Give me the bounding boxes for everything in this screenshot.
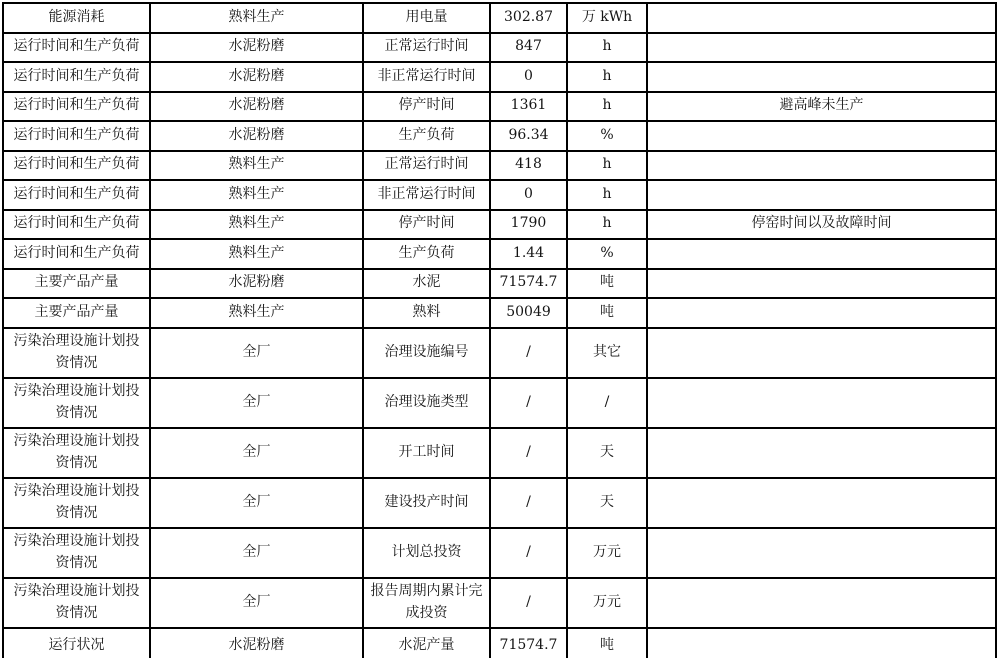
table-row: 污染治理设施计划投资情况 全厂 报告周期内累计完成投资 / 万元 xyxy=(3,578,996,628)
cell-item: 用电量 xyxy=(363,3,490,33)
table-row: 能源消耗 熟料生产 用电量 302.87 万 kWh xyxy=(3,3,996,33)
cell-value: / xyxy=(490,378,567,428)
cell-remark xyxy=(647,328,996,378)
cell-process: 水泥粉磨 xyxy=(150,33,363,63)
table-row: 污染治理设施计划投资情况 全厂 治理设施编号 / 其它 xyxy=(3,328,996,378)
cell-value: 96.34 xyxy=(490,121,567,151)
cell-value: 1.44 xyxy=(490,239,567,269)
table-row: 运行时间和生产负荷 水泥粉磨 正常运行时间 847 h xyxy=(3,33,996,63)
cell-remark xyxy=(647,628,996,658)
cell-value: 847 xyxy=(490,33,567,63)
cell-remark xyxy=(647,478,996,528)
cell-remark: 停窑时间以及故障时间 xyxy=(647,210,996,240)
cell-value: / xyxy=(490,578,567,628)
cell-category: 主要产品产量 xyxy=(3,269,150,299)
cell-unit: 万 kWh xyxy=(567,3,647,33)
cell-category: 运行时间和生产负荷 xyxy=(3,180,150,210)
cell-item: 停产时间 xyxy=(363,92,490,122)
table-row: 运行状况 水泥粉磨 水泥产量 71574.7 吨 xyxy=(3,628,996,658)
cell-unit: 万元 xyxy=(567,578,647,628)
cell-unit: h xyxy=(567,210,647,240)
cell-unit: h xyxy=(567,180,647,210)
cell-unit: % xyxy=(567,239,647,269)
table-row: 主要产品产量 熟料生产 熟料 50049 吨 xyxy=(3,298,996,328)
cell-value: 71574.7 xyxy=(490,269,567,299)
cell-process: 水泥粉磨 xyxy=(150,92,363,122)
cell-remark xyxy=(647,121,996,151)
cell-category: 运行状况 xyxy=(3,628,150,658)
cell-category: 污染治理设施计划投资情况 xyxy=(3,578,150,628)
table-row: 污染治理设施计划投资情况 全厂 计划总投资 / 万元 xyxy=(3,528,996,578)
cell-process: 熟料生产 xyxy=(150,210,363,240)
cell-unit: 吨 xyxy=(567,269,647,299)
cell-process: 全厂 xyxy=(150,528,363,578)
cell-unit: h xyxy=(567,92,647,122)
cell-category: 主要产品产量 xyxy=(3,298,150,328)
table-row: 污染治理设施计划投资情况 全厂 开工时间 / 天 xyxy=(3,428,996,478)
cell-remark xyxy=(647,180,996,210)
cell-item: 报告周期内累计完成投资 xyxy=(363,578,490,628)
cell-value: 418 xyxy=(490,151,567,181)
cell-value: / xyxy=(490,478,567,528)
cell-unit: h xyxy=(567,33,647,63)
cell-value: 71574.7 xyxy=(490,628,567,658)
cell-unit: 吨 xyxy=(567,298,647,328)
cell-category: 能源消耗 xyxy=(3,3,150,33)
cell-item: 水泥 xyxy=(363,269,490,299)
cell-category: 运行时间和生产负荷 xyxy=(3,151,150,181)
cell-remark xyxy=(647,3,996,33)
cell-value: / xyxy=(490,428,567,478)
cell-process: 熟料生产 xyxy=(150,239,363,269)
cell-unit: 其它 xyxy=(567,328,647,378)
table-row: 污染治理设施计划投资情况 全厂 建设投产时间 / 天 xyxy=(3,478,996,528)
cell-remark xyxy=(647,33,996,63)
cell-item: 生产负荷 xyxy=(363,121,490,151)
table-row: 运行时间和生产负荷 水泥粉磨 停产时间 1361 h 避高峰未生产 xyxy=(3,92,996,122)
cell-process: 水泥粉磨 xyxy=(150,269,363,299)
cell-remark xyxy=(647,298,996,328)
cell-unit: / xyxy=(567,378,647,428)
cell-remark xyxy=(647,428,996,478)
cell-item: 生产负荷 xyxy=(363,239,490,269)
cell-process: 熟料生产 xyxy=(150,151,363,181)
cell-remark: 避高峰未生产 xyxy=(647,92,996,122)
cell-category: 运行时间和生产负荷 xyxy=(3,33,150,63)
cell-value: 0 xyxy=(490,180,567,210)
cell-item: 停产时间 xyxy=(363,210,490,240)
cell-item: 熟料 xyxy=(363,298,490,328)
cell-unit: h xyxy=(567,62,647,92)
cell-process: 全厂 xyxy=(150,428,363,478)
cell-remark xyxy=(647,151,996,181)
table-row: 运行时间和生产负荷 熟料生产 生产负荷 1.44 % xyxy=(3,239,996,269)
table-row: 运行时间和生产负荷 熟料生产 非正常运行时间 0 h xyxy=(3,180,996,210)
table-row: 运行时间和生产负荷 水泥粉磨 生产负荷 96.34 % xyxy=(3,121,996,151)
cell-category: 运行时间和生产负荷 xyxy=(3,121,150,151)
cell-category: 运行时间和生产负荷 xyxy=(3,239,150,269)
cell-category: 运行时间和生产负荷 xyxy=(3,92,150,122)
cell-process: 水泥粉磨 xyxy=(150,628,363,658)
table-row: 运行时间和生产负荷 熟料生产 停产时间 1790 h 停窑时间以及故障时间 xyxy=(3,210,996,240)
cell-process: 全厂 xyxy=(150,378,363,428)
cell-category: 污染治理设施计划投资情况 xyxy=(3,378,150,428)
cell-process: 熟料生产 xyxy=(150,3,363,33)
cell-unit: 天 xyxy=(567,478,647,528)
cell-unit: 天 xyxy=(567,428,647,478)
cell-value: 0 xyxy=(490,62,567,92)
cell-unit: 吨 xyxy=(567,628,647,658)
cell-item: 水泥产量 xyxy=(363,628,490,658)
cell-remark xyxy=(647,528,996,578)
cell-value: 302.87 xyxy=(490,3,567,33)
cell-process: 水泥粉磨 xyxy=(150,62,363,92)
cell-process: 全厂 xyxy=(150,478,363,528)
cell-item: 建设投产时间 xyxy=(363,478,490,528)
cell-value: 1790 xyxy=(490,210,567,240)
table-row: 运行时间和生产负荷 熟料生产 正常运行时间 418 h xyxy=(3,151,996,181)
cell-item: 正常运行时间 xyxy=(363,151,490,181)
table-row: 主要产品产量 水泥粉磨 水泥 71574.7 吨 xyxy=(3,269,996,299)
cell-category: 运行时间和生产负荷 xyxy=(3,62,150,92)
cell-remark xyxy=(647,62,996,92)
cell-item: 治理设施编号 xyxy=(363,328,490,378)
cell-unit: h xyxy=(567,151,647,181)
cell-remark xyxy=(647,378,996,428)
cell-category: 污染治理设施计划投资情况 xyxy=(3,428,150,478)
cell-process: 全厂 xyxy=(150,328,363,378)
cell-remark xyxy=(647,269,996,299)
cell-item: 治理设施类型 xyxy=(363,378,490,428)
cell-item: 非正常运行时间 xyxy=(363,180,490,210)
cell-category: 污染治理设施计划投资情况 xyxy=(3,328,150,378)
cell-value: 50049 xyxy=(490,298,567,328)
cell-process: 熟料生产 xyxy=(150,180,363,210)
cell-category: 污染治理设施计划投资情况 xyxy=(3,528,150,578)
cell-value: 1361 xyxy=(490,92,567,122)
table-row: 污染治理设施计划投资情况 全厂 治理设施类型 / / xyxy=(3,378,996,428)
cell-category: 运行时间和生产负荷 xyxy=(3,210,150,240)
cell-item: 开工时间 xyxy=(363,428,490,478)
cell-remark xyxy=(647,578,996,628)
report-table: 能源消耗 熟料生产 用电量 302.87 万 kWh 运行时间和生产负荷 水泥粉… xyxy=(2,2,997,658)
cell-item: 计划总投资 xyxy=(363,528,490,578)
cell-value: / xyxy=(490,528,567,578)
cell-value: / xyxy=(490,328,567,378)
cell-item: 非正常运行时间 xyxy=(363,62,490,92)
cell-remark xyxy=(647,239,996,269)
cell-item: 正常运行时间 xyxy=(363,33,490,63)
cell-process: 熟料生产 xyxy=(150,298,363,328)
cell-category: 污染治理设施计划投资情况 xyxy=(3,478,150,528)
cell-process: 全厂 xyxy=(150,578,363,628)
table-row: 运行时间和生产负荷 水泥粉磨 非正常运行时间 0 h xyxy=(3,62,996,92)
cell-unit: 万元 xyxy=(567,528,647,578)
cell-unit: % xyxy=(567,121,647,151)
cell-process: 水泥粉磨 xyxy=(150,121,363,151)
